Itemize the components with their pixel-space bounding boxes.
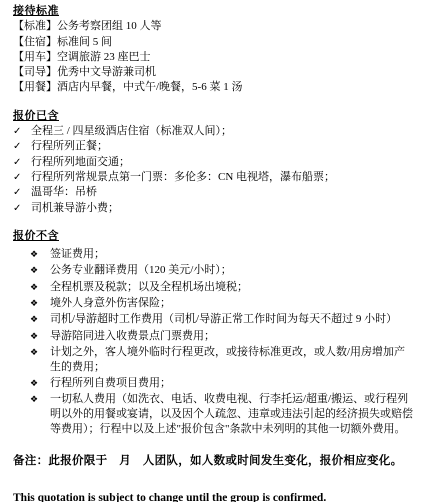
spec-line-standard: 【标准】公务考察团组 10 人等 <box>13 19 416 34</box>
checkmark-icon: ✓ <box>13 124 31 139</box>
diamond-icon: ❖ <box>30 392 50 408</box>
spec-line-guide: 【司导】优秀中文导游兼司机 <box>13 65 416 80</box>
included-item-text: 行程所列地面交通； <box>31 155 416 170</box>
excluded-item: ❖ 签证费用； <box>30 247 416 263</box>
excluded-item: ❖ 导游陪同进入收费景点门票费用； <box>30 329 416 345</box>
excluded-title: 报价不含 <box>13 229 416 244</box>
excluded-item: ❖ 一切私人费用（如洗衣、电话、收费电视、行李托运/超重/搬运、或行程列明以外的… <box>30 392 416 438</box>
included-item-text: 行程所列常规景点第一门票：多伦多：CN 电视塔，瀑布船票； <box>31 170 416 185</box>
included-item: ✓ 行程所列正餐； <box>13 139 416 154</box>
quotation-document: 接待标准 【标准】公务考察团组 10 人等 【住宿】标准间 5 间 【用车】空调… <box>0 0 426 502</box>
section-reception: 接待标准 【标准】公务考察团组 10 人等 【住宿】标准间 5 间 【用车】空调… <box>13 4 416 96</box>
included-item-text: 温哥华：吊桥 <box>31 185 416 200</box>
excluded-item-text: 境外人身意外伤害保险； <box>50 296 416 311</box>
excluded-item-text: 行程所列自费项目费用； <box>50 376 416 391</box>
included-item-text: 司机兼导游小费； <box>31 201 416 216</box>
checkmark-icon: ✓ <box>13 201 31 216</box>
spec-line-lodging: 【住宿】标准间 5 间 <box>13 35 416 50</box>
included-item-text: 行程所列正餐； <box>31 139 416 154</box>
included-item: ✓ 温哥华：吊桥 <box>13 185 416 200</box>
included-item: ✓ 行程所列地面交通； <box>13 155 416 170</box>
excluded-item-text: 全程机票及税款；以及全程机场出境税； <box>50 280 416 295</box>
section-included: 报价已含 ✓ 全程三 / 四星级酒店住宿（标准双人间）； ✓ 行程所列正餐； ✓… <box>13 109 416 216</box>
remark-line: 备注：此报价限于 月 人团队，如人数或时间发生变化，报价相应变化。 <box>13 454 416 469</box>
diamond-icon: ❖ <box>30 376 50 392</box>
included-item: ✓ 司机兼导游小费； <box>13 201 416 216</box>
included-item-text: 全程三 / 四星级酒店住宿（标准双人间）； <box>31 124 416 139</box>
excluded-item-text: 司机/导游超时工作费用（司机/导游正常工作时间为每天不超过 9 小时） <box>50 312 416 327</box>
diamond-icon: ❖ <box>30 296 50 312</box>
section-excluded: 报价不含 ❖ 签证费用； ❖ 公务专业翻译费用（120 美元/小时）； ❖ 全程… <box>13 229 416 438</box>
included-item: ✓ 全程三 / 四星级酒店住宿（标准双人间）； <box>13 124 416 139</box>
excluded-item-text: 计划之外，客人境外临时行程更改，或接待标准更改，或人数/用房增加产生的费用； <box>50 345 416 376</box>
diamond-icon: ❖ <box>30 263 50 279</box>
excluded-item: ❖ 司机/导游超时工作费用（司机/导游正常工作时间为每天不超过 9 小时） <box>30 312 416 328</box>
reception-title: 接待标准 <box>13 4 416 19</box>
included-item: ✓ 行程所列常规景点第一门票：多伦多：CN 电视塔，瀑布船票； <box>13 170 416 185</box>
diamond-icon: ❖ <box>30 329 50 345</box>
included-title: 报价已含 <box>13 109 416 124</box>
diamond-icon: ❖ <box>30 280 50 296</box>
checkmark-icon: ✓ <box>13 170 31 185</box>
checkmark-icon: ✓ <box>13 185 31 200</box>
checkmark-icon: ✓ <box>13 155 31 170</box>
checkmark-icon: ✓ <box>13 139 31 154</box>
spec-line-vehicle: 【用车】空调旅游 23 座巴士 <box>13 50 416 65</box>
excluded-item: ❖ 全程机票及税款；以及全程机场出境税； <box>30 280 416 296</box>
excluded-item: ❖ 公务专业翻译费用（120 美元/小时）； <box>30 263 416 279</box>
excluded-item-text: 公务专业翻译费用（120 美元/小时）； <box>50 263 416 278</box>
excluded-item-text: 导游陪同进入收费景点门票费用； <box>50 329 416 344</box>
excluded-item: ❖ 境外人身意外伤害保险； <box>30 296 416 312</box>
diamond-icon: ❖ <box>30 312 50 328</box>
excluded-list: ❖ 签证费用； ❖ 公务专业翻译费用（120 美元/小时）； ❖ 全程机票及税款… <box>13 244 416 438</box>
excluded-item: ❖ 计划之外，客人境外临时行程更改，或接待标准更改，或人数/用房增加产生的费用； <box>30 345 416 376</box>
spec-line-meals: 【用餐】酒店内早餐，中式午/晚餐，5-6 菜 1 汤 <box>13 80 416 95</box>
diamond-icon: ❖ <box>30 247 50 263</box>
english-disclaimer: This quotation is subject to change unti… <box>13 491 416 502</box>
excluded-item-text: 签证费用； <box>50 247 416 262</box>
excluded-item: ❖ 行程所列自费项目费用； <box>30 376 416 392</box>
excluded-item-text: 一切私人费用（如洗衣、电话、收费电视、行李托运/超重/搬运、或行程列明以外的用餐… <box>50 392 416 438</box>
diamond-icon: ❖ <box>30 345 50 361</box>
